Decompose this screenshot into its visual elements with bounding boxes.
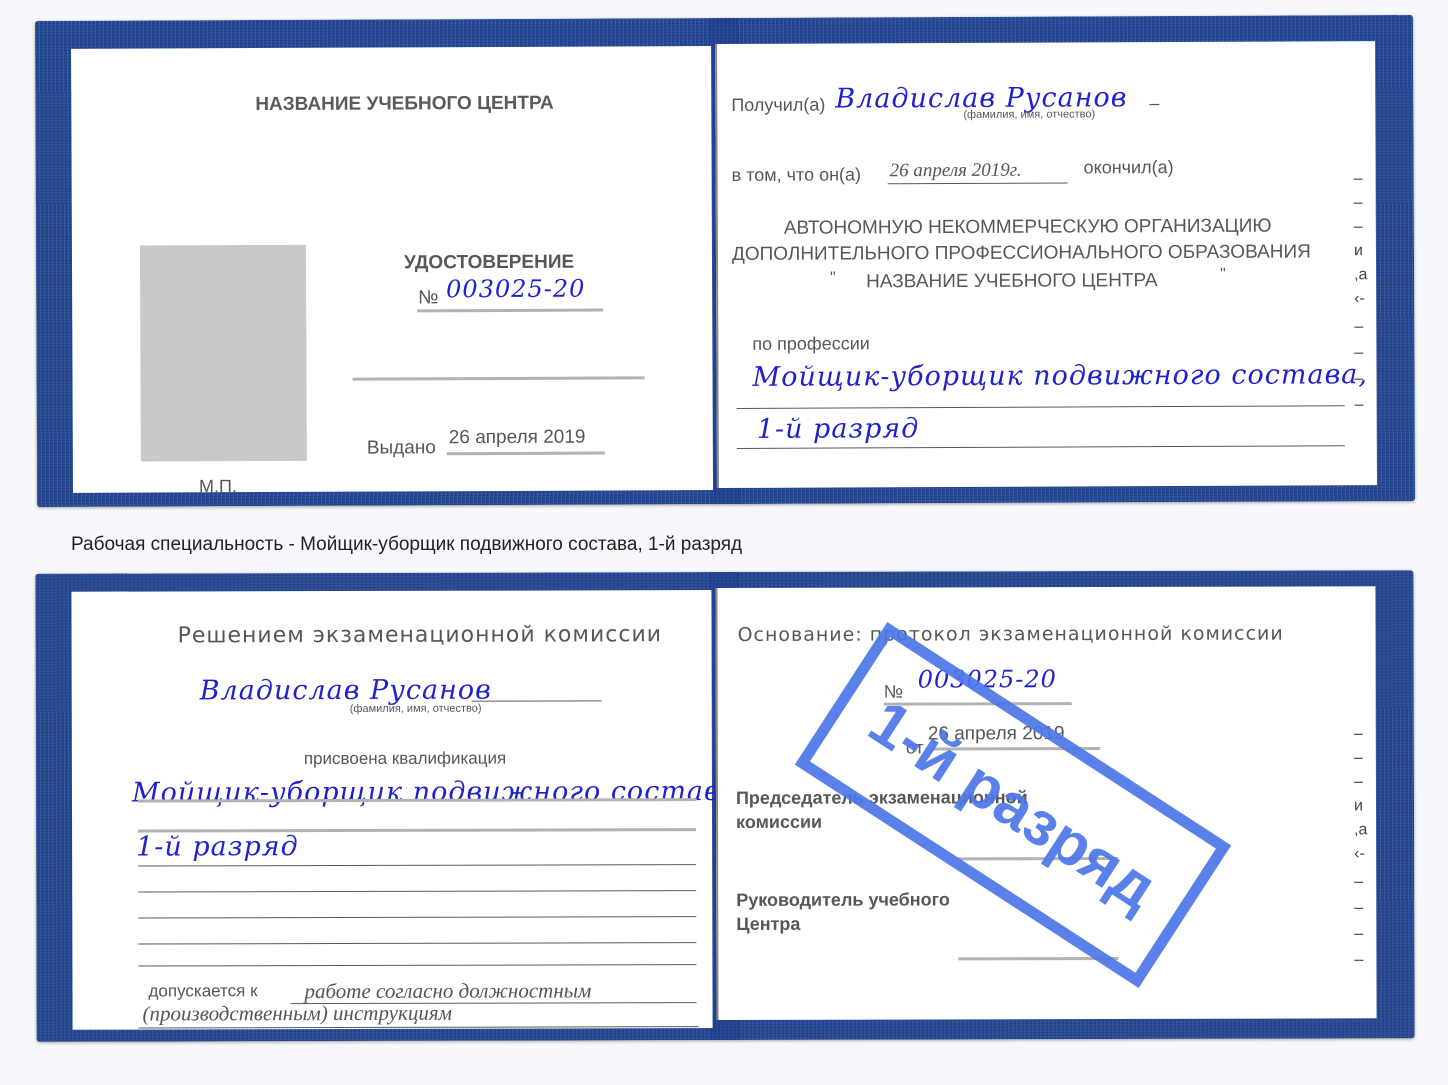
edge-mark: – bbox=[1354, 952, 1367, 978]
seal-label: М.П. bbox=[199, 476, 237, 497]
document-title: УДОСТОВЕРЕНИЕ bbox=[404, 252, 574, 275]
edge-mark: – bbox=[1354, 726, 1367, 750]
recipient-name: Владислав Русанов bbox=[200, 675, 492, 707]
number-underline bbox=[417, 309, 603, 313]
edge-mark: и bbox=[1354, 798, 1367, 822]
org-line-3-quote-open: " bbox=[830, 270, 836, 288]
edge-mark: и bbox=[1354, 243, 1367, 267]
specialty-caption: Рабочая специальность - Мойщик-уборщик п… bbox=[71, 534, 742, 556]
edge-marks-top: – – – и ,а ‹- – – – – bbox=[1354, 171, 1368, 423]
signature-line bbox=[353, 376, 645, 380]
edge-mark: – bbox=[1355, 397, 1368, 423]
basis-title: Основание: протокол экзаменационной коми… bbox=[738, 623, 1284, 646]
completion-date: 26 апреля 2019г. bbox=[890, 160, 1022, 183]
certificate-left-page: НАЗВАНИЕ УЧЕБНОГО ЦЕНТРА УДОСТОВЕРЕНИЕ №… bbox=[71, 46, 713, 493]
admitted-underline-2 bbox=[139, 1026, 699, 1028]
profession-underline-1 bbox=[737, 405, 1345, 409]
issued-underline bbox=[447, 452, 605, 456]
admitted-label: допускается к bbox=[148, 981, 257, 1001]
certificate-cover-top: НАЗВАНИЕ УЧЕБНОГО ЦЕНТРА УДОСТОВЕРЕНИЕ №… bbox=[35, 15, 1415, 507]
qualification-line-1: Мойщик-уборщик подвижного состава, bbox=[132, 776, 748, 809]
ruled-line bbox=[138, 864, 696, 866]
certificate-cover-bottom: Решением экзаменационной комиссии Владис… bbox=[35, 570, 1414, 1042]
completion-prefix: в том, что он(а) bbox=[732, 164, 861, 186]
photo-placeholder bbox=[140, 245, 307, 462]
name-hint: (фамилия, имя, отчество) bbox=[963, 108, 1095, 121]
received-label: Получил(а) bbox=[731, 95, 825, 116]
edge-mark: ,а bbox=[1354, 822, 1367, 846]
admitted-line-2: (производственным) инструкциям bbox=[143, 1001, 453, 1027]
profession-underline-2 bbox=[737, 445, 1345, 449]
edge-mark: – bbox=[1354, 371, 1367, 397]
profession-label: по профессии bbox=[752, 333, 870, 355]
edge-mark: – bbox=[1354, 926, 1367, 952]
name-hint: (фамилия, имя, отчество) bbox=[350, 703, 482, 715]
edge-mark: – bbox=[1354, 319, 1367, 345]
profession-line-1: Мойщик-уборщик подвижного состава, bbox=[752, 359, 1368, 393]
qualification-line-2: 1-й разряд bbox=[136, 831, 299, 862]
ruled-line bbox=[138, 964, 696, 966]
edge-mark: ,а bbox=[1354, 267, 1367, 291]
certificate-number: 003025-20 bbox=[446, 275, 585, 304]
ruled-line bbox=[138, 890, 696, 892]
name-underline bbox=[472, 700, 602, 701]
ruled-line bbox=[138, 916, 696, 918]
edge-mark: – bbox=[1354, 874, 1367, 900]
edge-marks-bottom: – – – и ,а ‹- – – – – bbox=[1354, 726, 1368, 978]
chair-label-line-2: комиссии bbox=[736, 812, 822, 833]
qualification-label: присвоена квалификация bbox=[304, 749, 506, 770]
ruled-line bbox=[138, 942, 696, 944]
edge-mark: – bbox=[1354, 219, 1367, 243]
certificate-right-page: Получил(а) Владислав Русанов – (фамилия,… bbox=[715, 41, 1377, 488]
completion-suffix: окончил(а) bbox=[1084, 157, 1174, 178]
head-label-line-2: Центра bbox=[736, 914, 800, 935]
issued-date: 26 апреля 2019 bbox=[449, 427, 586, 450]
qualification-left-page: Решением экзаменационной комиссии Владис… bbox=[71, 590, 712, 1030]
edge-mark: – bbox=[1354, 195, 1367, 219]
edge-mark: – bbox=[1354, 750, 1367, 774]
decision-title: Решением экзаменационной комиссии bbox=[178, 622, 663, 648]
completion-date-underline bbox=[888, 183, 1068, 185]
issued-label: Выдано bbox=[367, 437, 436, 459]
edge-mark: – bbox=[1354, 171, 1367, 195]
edge-mark: – bbox=[1354, 774, 1367, 798]
org-name: НАЗВАНИЕ УЧЕБНОГО ЦЕНТРА bbox=[255, 93, 553, 116]
head-label-line-1: Руководитель учебного bbox=[736, 889, 950, 911]
org-line-3: НАЗВАНИЕ УЧЕБНОГО ЦЕНТРА bbox=[866, 270, 1158, 293]
edge-mark: ‹- bbox=[1354, 291, 1367, 319]
edge-mark: – bbox=[1354, 900, 1367, 926]
org-line-3-quote-close: " bbox=[1220, 266, 1226, 284]
edge-mark: ‹- bbox=[1354, 846, 1367, 874]
org-line-2: ДОПОЛНИТЕЛЬНОГО ПРОФЕССИОНАЛЬНОГО ОБРАЗО… bbox=[732, 241, 1311, 266]
number-label: № bbox=[418, 287, 438, 309]
edge-mark: – bbox=[1354, 345, 1367, 371]
org-line-1: АВТОНОМНУЮ НЕКОММЕРЧЕСКУЮ ОРГАНИЗАЦИЮ bbox=[784, 216, 1272, 240]
profession-line-2: 1-й разряд bbox=[757, 413, 920, 445]
name-dash: – bbox=[1149, 93, 1159, 114]
